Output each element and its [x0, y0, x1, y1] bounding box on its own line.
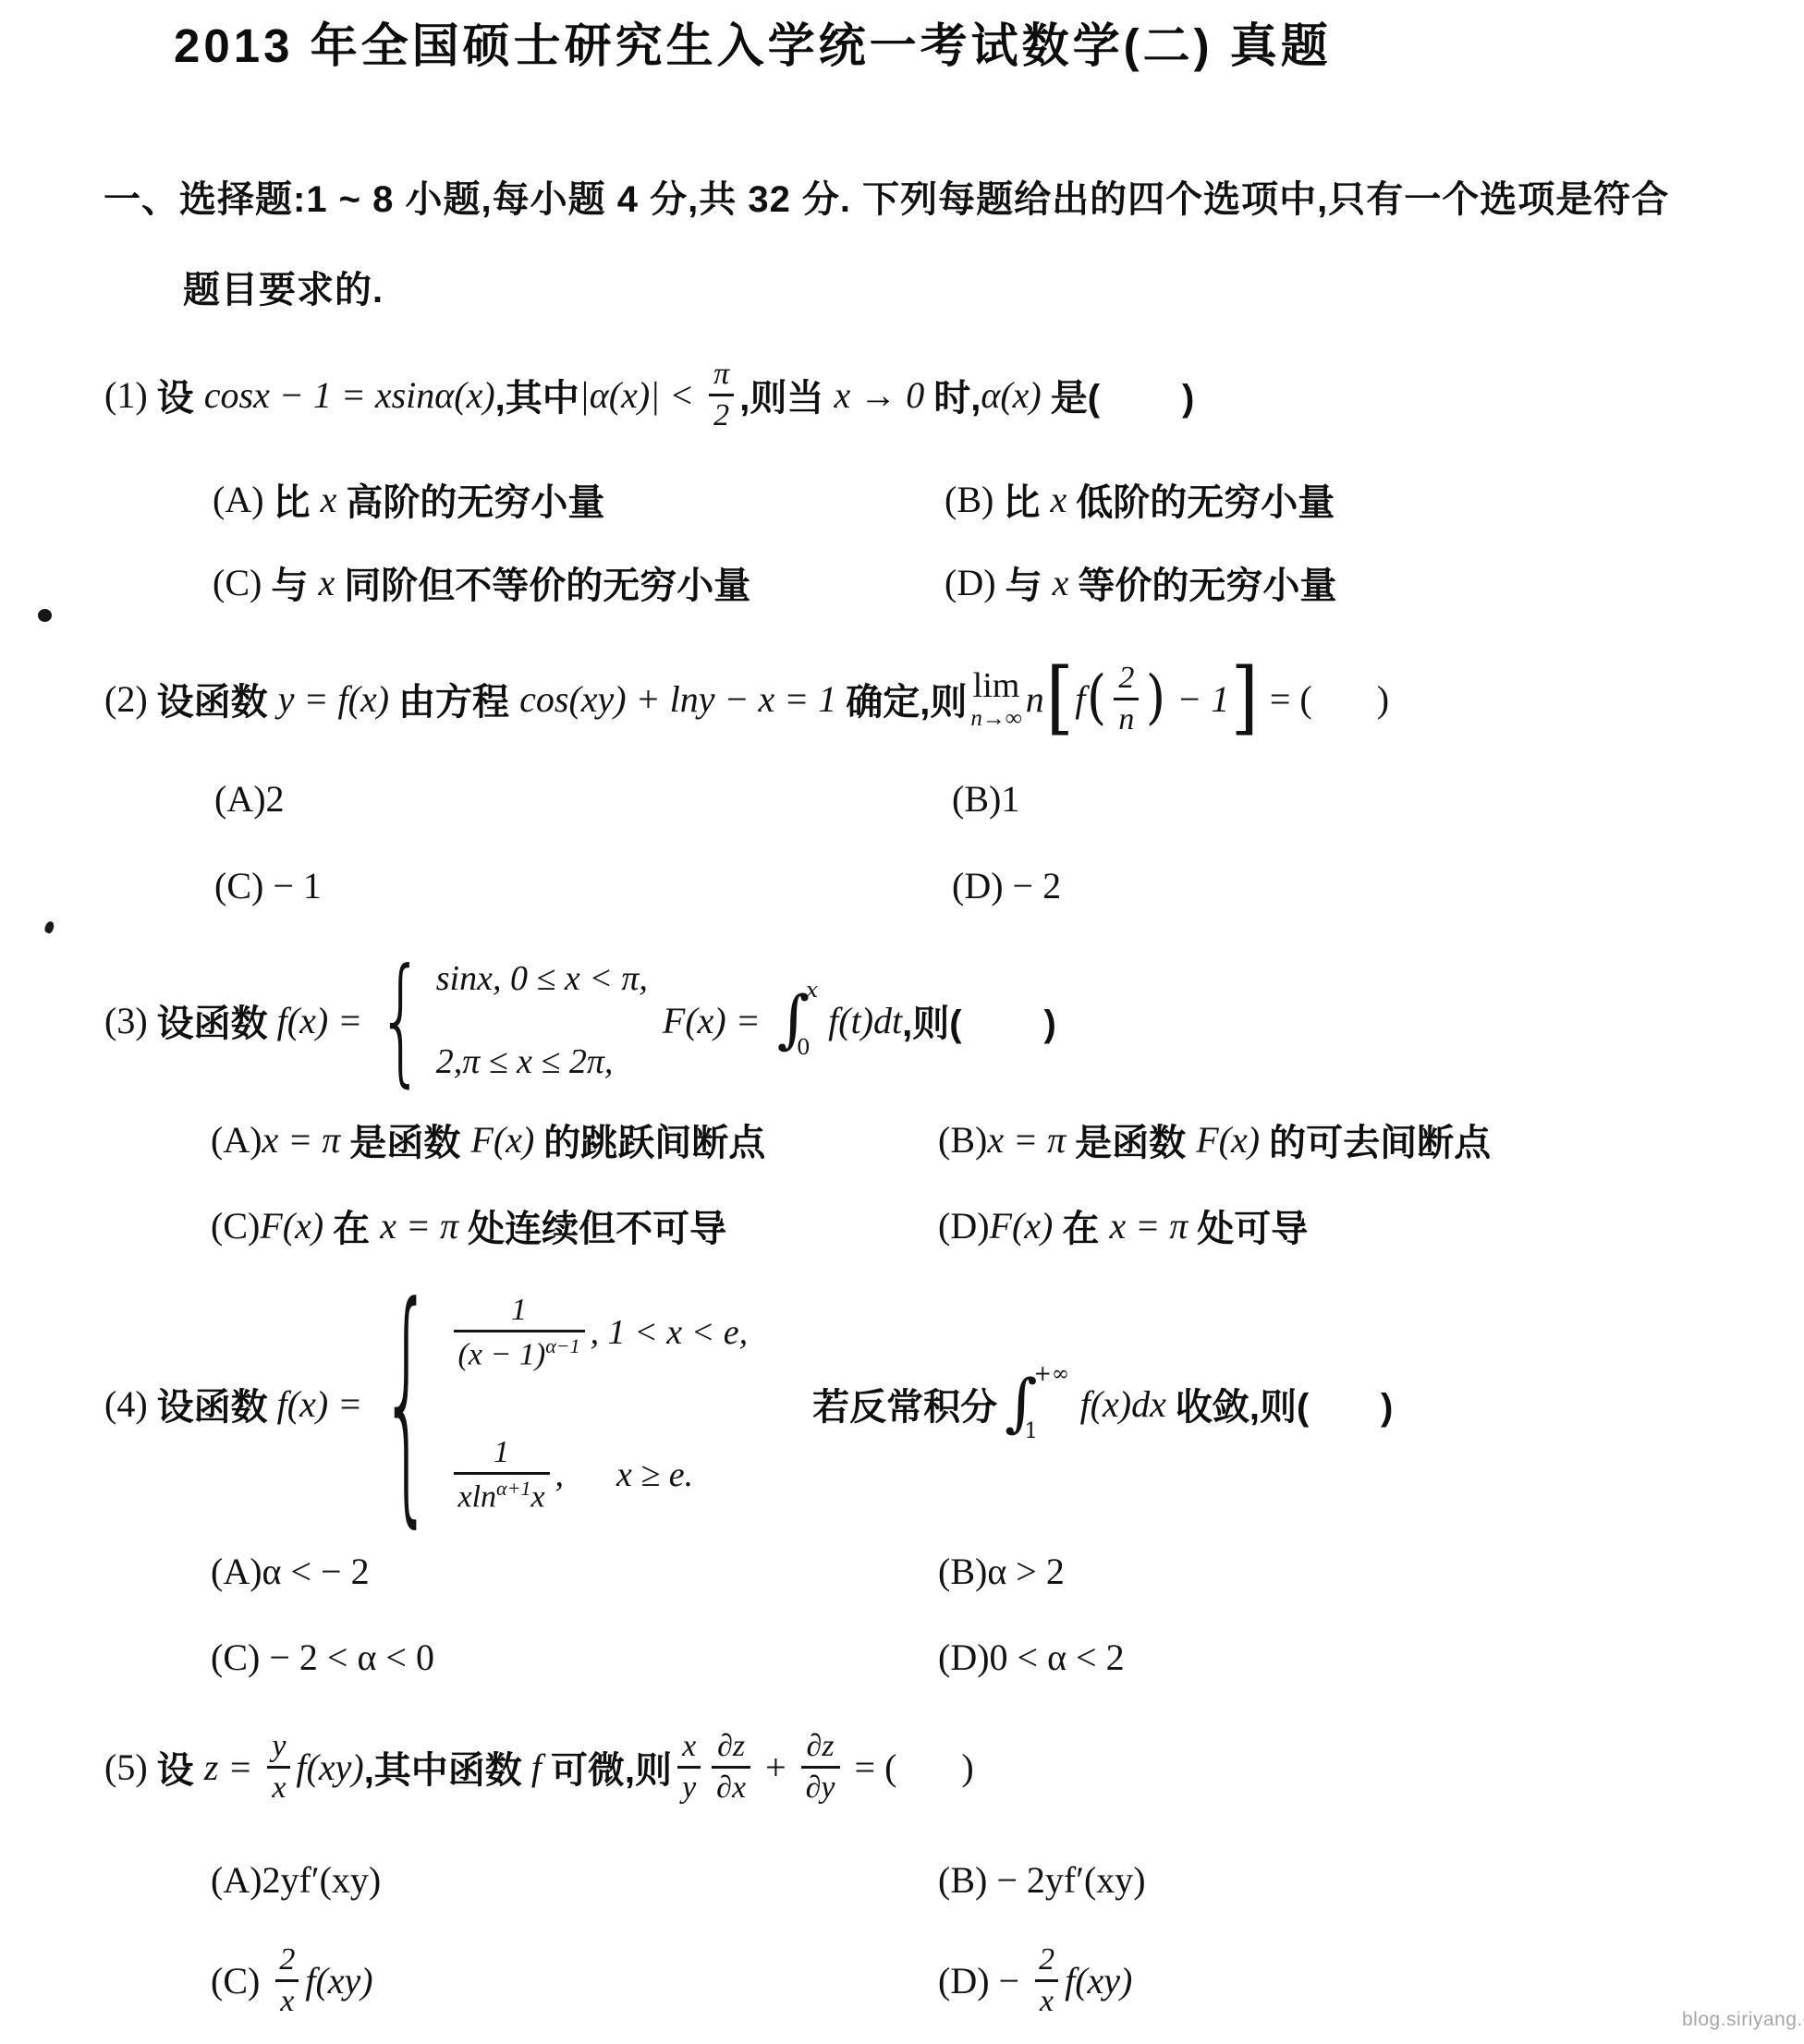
option-text: (D)0 < α < 2: [938, 1636, 1125, 1679]
right-bracket: ]: [1231, 663, 1259, 734]
piecewise-condition-2: , x ≥ e.: [555, 1454, 694, 1495]
limit-word: lim: [973, 668, 1020, 703]
question-5-answer-blank: = ( ): [846, 1746, 974, 1789]
question-3: (3) 设函数 f(x) = { sinx, 0 ≤ x < π, 2,π ≤ …: [104, 950, 1056, 1090]
limit-subscript: n→∞: [970, 707, 1021, 730]
option-text: 高阶的无穷小量: [346, 473, 604, 526]
piecewise-row-1: sinx, 0 ≤ x < π,: [436, 958, 648, 999]
option-math: x = π: [1109, 1204, 1197, 1247]
option-text: (D) − 2: [952, 864, 1061, 907]
fraction-denominator: x: [1035, 1979, 1058, 2017]
question-1-option-d: (D) 与 x 等价的无穷小量: [945, 561, 1336, 603]
option-text: 比: [1003, 473, 1050, 526]
question-2-option-c: (C) − 1: [214, 863, 322, 907]
option-text: 与: [271, 556, 318, 609]
limit-operator: lim n→∞: [970, 668, 1021, 730]
ink-dot-artifact: [38, 609, 52, 622]
option-text: (A)α < − 2: [211, 1550, 370, 1593]
fraction-2-over-x: 2 x: [1034, 1944, 1059, 2017]
option-text: (A)2: [214, 777, 285, 821]
question-2-option-d: (D) − 2: [952, 863, 1061, 907]
piecewise-function: { sinx, 0 ≤ x < π, 2,π ≤ x ≤ 2π,: [372, 958, 648, 1082]
left-bracket: [: [1045, 663, 1073, 734]
question-2-option-a: (A)2: [214, 776, 285, 821]
question-5-formula: f: [522, 1746, 551, 1789]
fraction-x-over-y: x y: [677, 1731, 701, 1804]
option-text: (B)α > 2: [938, 1550, 1065, 1593]
fraction-denominator: x: [275, 1979, 299, 2017]
fraction-y-over-x: y x: [267, 1731, 290, 1804]
question-1-formula: α(x): [981, 373, 1050, 417]
fraction-numerator: x: [677, 1731, 701, 1766]
fraction-denominator: xlnα+1x: [454, 1472, 550, 1513]
left-paren: (: [1087, 672, 1106, 725]
question-3-formula: f(x) =: [268, 999, 372, 1042]
question-1-formula: |α(x)| <: [579, 373, 703, 417]
fraction-denominator: y: [677, 1766, 701, 1804]
option-text: 是函数: [349, 1113, 470, 1166]
question-1-text: ,则当: [739, 369, 834, 421]
fraction-numerator: y: [267, 1731, 290, 1766]
fraction-denominator: (x − 1)α−1: [454, 1330, 585, 1370]
question-2-answer-blank: = ( ): [1261, 677, 1389, 721]
option-math: x: [1050, 478, 1076, 521]
question-2: (2) 设函数 y = f(x) 由方程 cos(xy) + lny − x =…: [104, 654, 1389, 743]
option-math: x = π: [262, 1118, 350, 1162]
question-4-formula: f(x) =: [268, 1382, 372, 1426]
piecewise-rows: 1 (x − 1)α−1 , 1 < x < e, 1 xlnα+1x , x …: [448, 1295, 749, 1514]
question-1-answer-blank: 是( ): [1051, 369, 1195, 421]
option-math: F(x): [1196, 1118, 1269, 1162]
question-3-number: (3): [104, 999, 157, 1042]
question-1-option-a: (A) 比 x 高阶的无穷小量: [213, 478, 604, 520]
curly-brace: {: [381, 1276, 433, 1531]
question-4-answer-blank: 收敛,则( ): [1176, 1378, 1394, 1430]
question-5-formula: z =: [204, 1746, 262, 1789]
question-1-text: ,其中: [495, 369, 579, 421]
piecewise-row-2: 1 xlnα+1x , x ≥ e.: [448, 1437, 694, 1513]
question-4-option-c: (C) − 2 < α < 0: [211, 1635, 434, 1679]
option-text: 与: [1006, 556, 1053, 609]
exam-page: 2013 年全国硕士研究生入学统一考试数学(二) 真题 一、选择题:1 ~ 8 …: [0, 0, 1804, 2044]
question-3-answer-blank: ,则( ): [902, 994, 1056, 1047]
option-math: x: [318, 561, 344, 604]
option-text: (B)1: [952, 777, 1019, 821]
den-exponent: α+1: [496, 1477, 530, 1500]
option-math: F(x): [260, 1204, 333, 1247]
instructions-line-2: 题目要求的.: [183, 261, 384, 313]
fraction-denominator: x: [267, 1766, 290, 1804]
option-text: 的可去间断点: [1269, 1113, 1491, 1166]
piecewise-row-2: 2,π ≤ x ≤ 2π,: [436, 1041, 614, 1082]
option-text: (C) − 1: [214, 864, 322, 907]
question-5-text: ,其中函数: [364, 1741, 522, 1794]
den-post: x: [530, 1479, 544, 1514]
fraction-numerator: ∂z: [713, 1731, 750, 1766]
piecewise-row-1: 1 (x − 1)α−1 , 1 < x < e,: [448, 1295, 749, 1370]
question-2-formula: n: [1026, 677, 1044, 721]
watermark-blog-url: blog.siriyang.cn: [1682, 2009, 1804, 2031]
option-text: (A)2yf′(xy): [211, 1858, 381, 1902]
option-label: (D): [945, 561, 1006, 604]
fraction-2-over-n: 2 n: [1114, 663, 1139, 736]
question-1-option-b: (B) 比 x 低阶的无穷小量: [945, 478, 1335, 520]
option-math: x = π: [380, 1204, 468, 1247]
fraction-pi-over-2: π 2: [709, 359, 734, 432]
ink-speck-artifact: [43, 920, 55, 934]
question-2-text: 确定,则: [846, 673, 967, 725]
question-5-text: 可微,则: [551, 1741, 672, 1794]
fraction-numerator: 1: [506, 1295, 531, 1330]
option-label: (B): [938, 1118, 987, 1162]
fraction-denominator: n: [1114, 698, 1139, 736]
question-5-option-b: (B) − 2yf′(xy): [938, 1855, 1146, 1904]
option-label: (A): [211, 1118, 262, 1162]
option-label: (D) −: [938, 1959, 1029, 2002]
question-3-formula: f(t)dt: [828, 999, 902, 1042]
den-pre: xln: [458, 1479, 497, 1514]
option-label: (A): [213, 478, 274, 521]
integral-1-to-infinity: ∫ +∞ 1: [1005, 1369, 1037, 1439]
fraction-numerator: 2: [1034, 1944, 1059, 1979]
question-4: (4) 设函数 f(x) = { 1 (x − 1)α−1 , 1 < x < …: [104, 1287, 1393, 1520]
option-label: (D): [938, 1204, 990, 1247]
integral-upper-bound: +∞: [1034, 1362, 1069, 1386]
option-text: 在: [333, 1199, 380, 1252]
option-text: 处连续但不可导: [468, 1199, 726, 1252]
question-1-text: 时,: [933, 369, 981, 421]
option-label: (C): [211, 1204, 260, 1247]
question-2-formula: − 1: [1167, 677, 1229, 721]
option-math: x = π: [987, 1118, 1075, 1162]
question-2-option-b: (B)1: [952, 776, 1019, 821]
page-title: 2013 年全国硕士研究生入学统一考试数学(二) 真题: [174, 7, 1332, 76]
question-5-text: 设: [157, 1741, 204, 1794]
question-2-formula: y = f(x): [278, 677, 398, 721]
option-text: 处可导: [1197, 1199, 1308, 1252]
question-2-number: (2): [104, 677, 157, 721]
question-1-option-c: (C) 与 x 同阶但不等价的无穷小量: [213, 561, 750, 603]
question-5-option-a: (A)2yf′(xy): [211, 1855, 381, 1904]
question-4-formula: f(x)dx: [1080, 1382, 1176, 1426]
den-base: (x − 1): [458, 1337, 546, 1371]
integral-0-to-x: ∫ x 0: [777, 986, 810, 1055]
question-5-option-d: (D) − 2 x f(xy): [938, 1934, 1132, 2026]
question-1-number: (1): [104, 373, 157, 417]
option-math: F(x): [470, 1118, 543, 1162]
option-label: (C): [213, 561, 271, 604]
question-3-option-b: (B) x = π 是函数 F(x) 的可去间断点: [938, 1118, 1491, 1161]
question-5-option-c: (C) 2 x f(xy): [211, 1934, 373, 2026]
partial-dz-dy: ∂z ∂y: [801, 1731, 840, 1804]
option-math: x: [321, 478, 347, 521]
question-4-option-d: (D)0 < α < 2: [938, 1635, 1125, 1679]
instructions-line-1: 一、选择题:1 ~ 8 小题,每小题 4 分,共 32 分. 下列每题给出的四个…: [104, 170, 1669, 223]
option-text: 的跳跃间断点: [543, 1113, 765, 1166]
question-3-option-c: (C) F(x) 在 x = π 处连续但不可导: [211, 1204, 726, 1247]
fraction-numerator: ∂z: [802, 1731, 839, 1766]
option-text: 是函数: [1075, 1113, 1196, 1166]
question-3-option-d: (D) F(x) 在 x = π 处可导: [938, 1204, 1308, 1247]
question-3-text: 设函数: [157, 994, 268, 1047]
fraction-numerator: 2: [274, 1944, 299, 1979]
piecewise-condition-1: , 1 < x < e,: [591, 1312, 749, 1353]
integral-lower-bound: 0: [797, 1036, 811, 1060]
option-math: F(x): [990, 1204, 1063, 1247]
option-text: 比: [274, 473, 321, 526]
fraction-denominator: ∂x: [712, 1766, 750, 1804]
option-math: x: [1053, 561, 1079, 604]
option-label: (B): [945, 478, 1003, 521]
option-text: 低阶的无穷小量: [1076, 473, 1335, 526]
question-3-formula: F(x) =: [663, 999, 770, 1042]
curly-brace: {: [378, 951, 425, 1089]
fraction-row-2: 1 xlnα+1x: [454, 1437, 550, 1513]
question-5: (5) 设 z = y x f(xy) ,其中函数 f 可微,则 x y ∂z …: [104, 1721, 974, 1813]
question-4-text: 若反常积分: [812, 1378, 997, 1430]
question-5-number: (5): [104, 1746, 157, 1789]
option-label: (C): [211, 1959, 269, 2002]
fraction-denominator: 2: [709, 394, 734, 432]
fraction-numerator: 2: [1114, 663, 1139, 698]
question-1-text: 设: [157, 369, 204, 421]
option-math: f(xy): [305, 1959, 372, 2002]
piecewise-function: { 1 (x − 1)α−1 , 1 < x < e, 1 xlnα+1x , …: [372, 1295, 748, 1514]
den-exponent: α−1: [545, 1334, 579, 1357]
question-1: (1) 设 cosx − 1 = xsinα(x) ,其中 |α(x)| < π…: [104, 355, 1194, 434]
option-text: (C) − 2 < α < 0: [211, 1636, 434, 1679]
question-1-formula: cosx − 1 = xsinα(x): [204, 373, 495, 417]
option-text: 同阶但不等价的无穷小量: [344, 556, 750, 609]
question-2-formula: cos(xy) + lny − x = 1: [519, 677, 846, 721]
fraction-2-over-x: 2 x: [274, 1944, 299, 2017]
question-1-formula: x → 0: [834, 373, 933, 417]
fraction-denominator: ∂y: [801, 1766, 840, 1804]
option-text: 等价的无穷小量: [1078, 556, 1336, 609]
question-4-option-a: (A)α < − 2: [211, 1549, 370, 1593]
fraction-numerator: π: [709, 359, 734, 394]
option-math: f(xy): [1065, 1959, 1132, 2002]
fraction-row-1: 1 (x − 1)α−1: [454, 1295, 585, 1370]
question-5-formula: f(xy): [296, 1746, 363, 1789]
fraction-numerator: 1: [489, 1437, 514, 1472]
piecewise-rows: sinx, 0 ≤ x < π, 2,π ≤ x ≤ 2π,: [436, 958, 648, 1082]
integral-upper-bound: x: [806, 979, 818, 1003]
question-3-option-a: (A) x = π 是函数 F(x) 的跳跃间断点: [211, 1118, 765, 1161]
question-4-text: 设函数: [157, 1378, 268, 1430]
question-4-option-b: (B)α > 2: [938, 1549, 1065, 1593]
partial-dz-dx: ∂z ∂x: [712, 1731, 750, 1804]
right-paren: ): [1146, 672, 1165, 725]
option-text: 在: [1062, 1199, 1109, 1252]
question-2-text: 由方程: [398, 673, 519, 725]
question-2-formula: f: [1075, 677, 1085, 721]
integral-lower-bound: 1: [1024, 1419, 1038, 1443]
question-4-number: (4): [104, 1382, 157, 1426]
question-5-formula: +: [756, 1746, 796, 1789]
question-2-text: 设函数: [157, 673, 278, 725]
option-text: (B) − 2yf′(xy): [938, 1858, 1146, 1902]
